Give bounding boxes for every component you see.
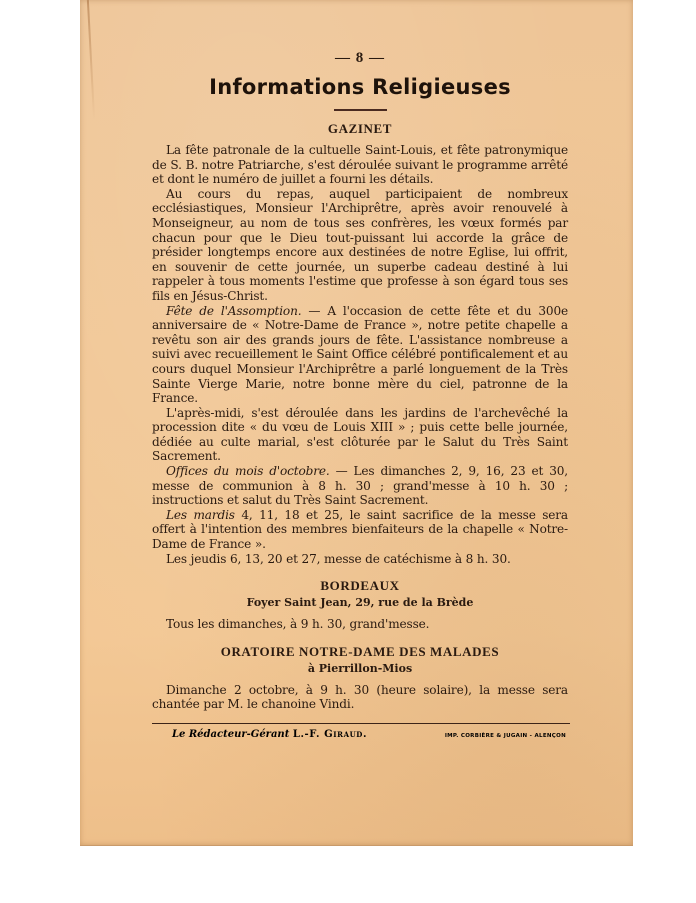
page-number: — 8 — xyxy=(152,50,568,67)
paragraph-lead: Les mardis xyxy=(166,508,235,522)
paragraph-lead: Offices du mois d'octobre. xyxy=(166,464,330,478)
section-subheading: à Pierrillon-Mios xyxy=(152,662,568,675)
title-divider xyxy=(334,109,387,111)
section-bordeaux: BORDEAUX Foyer Saint Jean, 29, rue de la… xyxy=(152,578,568,632)
section-subheading: Foyer Saint Jean, 29, rue de la Brède xyxy=(152,596,568,609)
editor-name: L.-F. Giraud. xyxy=(293,729,367,740)
paragraph-text: Les jeudis 6, 13, 20 et 27, messe de cat… xyxy=(166,552,511,566)
paragraph: Tous les dimanches, à 9 h. 30, grand'mes… xyxy=(152,617,568,632)
paragraph: Les mardis 4, 11, 18 et 25, le saint sac… xyxy=(152,508,568,552)
section-gazinet: GAZINET La fête patronale de la cultuell… xyxy=(152,121,568,566)
editor-credit: Le Rédacteur-Gérant L.-F. Giraud. xyxy=(172,729,367,740)
paragraph: Dimanche 2 octobre, à 9 h. 30 (heure sol… xyxy=(152,683,568,712)
paragraph-lead: Fête de l'Assomption. xyxy=(166,304,301,318)
page-content: — 8 — Informations Religieuses GAZINET L… xyxy=(152,50,568,712)
paragraph-text: — A l'occasion de cette fête et du 300e … xyxy=(152,304,568,406)
paragraph: Au cours du repas, auquel participaient … xyxy=(152,187,568,304)
paragraph: La fête patronale de la cultuelle Saint-… xyxy=(152,143,568,187)
paragraph-text: La fête patronale de la cultuelle Saint-… xyxy=(152,143,568,186)
paragraph-text: Tous les dimanches, à 9 h. 30, grand'mes… xyxy=(166,617,429,631)
section-heading: GAZINET xyxy=(152,121,568,137)
paragraph: Fête de l'Assomption. — A l'occasion de … xyxy=(152,304,568,406)
paragraph: L'après-midi, s'est déroulée dans les ja… xyxy=(152,406,568,464)
paragraph-text: L'après-midi, s'est déroulée dans les ja… xyxy=(152,406,568,464)
paragraph-text: Au cours du repas, auquel participaient … xyxy=(152,187,568,303)
editor-label: Le Rédacteur-Gérant xyxy=(172,729,289,740)
paragraph-text: Dimanche 2 octobre, à 9 h. 30 (heure sol… xyxy=(152,683,568,712)
paragraph: Offices du mois d'octobre. — Les dimanch… xyxy=(152,464,568,508)
footer: Le Rédacteur-Gérant L.-F. Giraud. IMP. C… xyxy=(152,723,570,740)
section-oratoire: ORATOIRE NOTRE-DAME DES MALADES à Pierri… xyxy=(152,644,568,712)
printer-credit: IMP. CORBIÈRE & JUGAIN - ALENÇON xyxy=(445,733,566,739)
section-heading: ORATOIRE NOTRE-DAME DES MALADES xyxy=(152,644,568,660)
section-heading: BORDEAUX xyxy=(152,578,568,594)
paragraph: Les jeudis 6, 13, 20 et 27, messe de cat… xyxy=(152,552,568,567)
page-title: Informations Religieuses xyxy=(152,75,568,99)
